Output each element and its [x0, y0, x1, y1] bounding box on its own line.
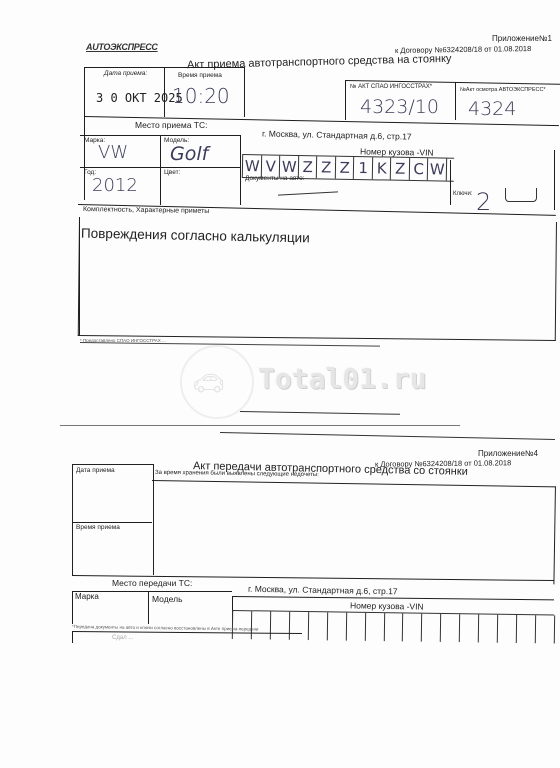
make-value: VW [98, 142, 128, 163]
reception-place-label: Место приема ТС: [135, 120, 207, 130]
empty-vin-cell [478, 614, 498, 642]
bottom-vin-label: Номер кузова -VIN [350, 600, 424, 611]
keys-count: 2 [476, 188, 491, 216]
docs-value-dash [278, 191, 338, 195]
model-value: Golf [170, 143, 208, 165]
time-label: Время приема [178, 72, 222, 79]
bottom-vin-grid [232, 610, 554, 643]
vin-char-cell: C [408, 158, 428, 180]
bottom-cut-text: Сдал ... [112, 635, 133, 641]
bottom-make-label: Марка [75, 592, 99, 601]
keys-label: Ключи: [453, 191, 473, 197]
vin-char-cell: K [371, 157, 391, 179]
time-value: 10:20 [172, 84, 230, 108]
empty-vin-cell [251, 611, 271, 639]
vin-char-cell: Z [390, 158, 410, 180]
vin-char-cell: Z [316, 156, 336, 178]
empty-vin-cell [421, 614, 441, 642]
autoexpress-act-number: 4324 [468, 98, 516, 120]
ingos-act-number: 4323/10 [360, 96, 439, 118]
bottom-time-label: Время приема [76, 524, 120, 531]
empty-vin-cell [459, 614, 479, 642]
empty-vin-cell [402, 613, 422, 641]
vin-char-cell: W [242, 155, 262, 177]
empty-vin-cell [535, 615, 555, 643]
empty-vin-cell [554, 615, 560, 643]
empty-vin-cell [440, 614, 460, 642]
empty-vin-cell [516, 615, 536, 643]
empty-vin-cell [326, 612, 346, 640]
empty-vin-cell [289, 612, 309, 640]
bottom-appendix-number: Приложение№4 [478, 449, 538, 458]
empty-vin-cell [383, 613, 403, 641]
defects-box [150, 480, 555, 584]
bottom-date-box [72, 464, 154, 575]
bottom-model-label: Модель [152, 594, 183, 604]
act-title: Акт приема автотранспортного средства на… [187, 53, 452, 71]
docs-label: Документы на авто: [245, 175, 305, 182]
color-label: Цвет: [164, 169, 180, 176]
empty-vin-cell [232, 611, 252, 639]
bottom-date-label: Дата приема [76, 467, 115, 474]
empty-vin-cell [364, 613, 384, 641]
vin-char-cell: 1 [353, 157, 373, 179]
watermark-car-icon: 🚗︎ [192, 368, 225, 399]
keys-box [505, 188, 537, 202]
scanned-document-page: AUTOЭКСПРЕСС Приложение№1 к Договору №63… [0, 0, 560, 768]
handover-place-label: Место передачи ТС: [112, 578, 192, 588]
empty-vin-cell [308, 612, 328, 640]
autoexpress-act-label: №Акт осмотра АВТОЭКСПРЕСС* [460, 87, 546, 93]
handover-place-address: г. Москва, ул. Стандартная д.6, стр.17 [248, 584, 398, 597]
defects-label: За время хранения были выявлены следующи… [155, 470, 319, 478]
company-logo: AUTOЭКСПРЕСС [86, 42, 158, 52]
ingos-act-label: № АКТ СПАО ИНГОССТРАХ* [350, 84, 432, 90]
empty-vin-cell [270, 612, 290, 640]
vin-char-cell: Z [334, 157, 354, 179]
year-value: 2012 [92, 175, 138, 196]
appendix-number: Приложение№1 [492, 34, 552, 43]
empty-vin-cell [345, 613, 365, 641]
empty-vin-cell [497, 615, 517, 643]
date-stamp: 3 0 ОКТ 2025 [96, 91, 183, 105]
vin-char-cell: W [427, 158, 447, 180]
reception-place-address: г. Москва, ул. Стандартная д.6, стр.17 [262, 128, 412, 141]
features-label: Комплектность, Характерные приметы [83, 206, 209, 215]
date-label: Дата приема: [104, 70, 147, 77]
